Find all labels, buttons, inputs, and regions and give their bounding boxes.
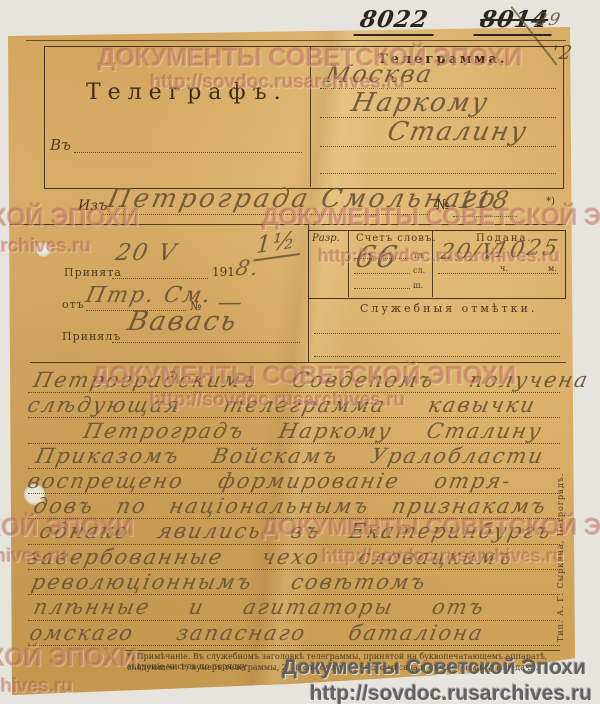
watermark-fragment: ТСКОЙ ЭПОХИ — [0, 204, 140, 233]
year-written: 8. — [233, 256, 262, 280]
watermark-fragment: archives.ru — [0, 546, 67, 568]
body-rule — [28, 417, 560, 418]
watermark-fragment: archives.ru — [0, 236, 91, 258]
handed-rule — [438, 273, 558, 274]
service-notes-rule — [314, 356, 560, 357]
watermark-bottom-url: http://sovdoc.rusarchives.ru — [310, 682, 592, 704]
service-notes-label: Служебныя отмѣтки. — [360, 302, 537, 315]
address-rule — [320, 173, 556, 174]
body-line: революціоннымъ совѣтомъ — [29, 570, 429, 594]
watermark-title: ДОКУМЕНТЫ СОВЕТСКОЙ ЭПОХИ — [98, 44, 522, 73]
scanned-telegram-document: 8022 8014 29 '2 Телеграфъ. Телеграмма. В… — [0, 0, 600, 704]
registry-number-new: 8022 — [353, 6, 438, 36]
to-field-rule — [74, 152, 302, 153]
watermark-url: http://sovdoc.rusarchives.ru — [150, 390, 406, 412]
pencil-page-fraction: 29 — [534, 10, 564, 30]
body-line: Приказомъ Войскамъ Уралобласти — [33, 444, 546, 468]
words-row3-unit: ш. — [413, 281, 423, 290]
body-line: омскаго запаснаго баталіона — [27, 621, 486, 645]
col-class-header: Разр. — [312, 233, 340, 244]
to-label: Въ — [50, 136, 71, 154]
watermark-url: http://sovdoc.rusarchives.ru — [318, 246, 560, 267]
watermark-title: ДОКУМЕНТЫ СОВЕТСКОЙ ЭПОХИ — [262, 514, 600, 542]
received-date: 20 V — [113, 240, 180, 266]
body-line: Петроградъ Наркому Сталину — [81, 419, 545, 443]
accepted-value: Вавась — [125, 306, 241, 337]
from-station-label: отъ — [62, 298, 85, 311]
service-notes-rule — [314, 333, 560, 334]
watermark-title: ДОКУМЕНТЫ СОВЕТСКОЙ ЭПОХИ — [262, 204, 600, 232]
received-rule — [112, 278, 208, 279]
watermark-fragment: archives.ru — [0, 676, 73, 698]
address-line3: Сталину — [385, 117, 531, 147]
body-line: воспрещено формированіе отря- — [25, 469, 514, 493]
watermark-url: http://sovdoc.rusarchives.ru — [322, 546, 564, 567]
watermark-bottom-title: Документы Советской Эпохи — [282, 656, 586, 680]
watermark-url: http://sovdoc.rusarchives.ru — [150, 72, 406, 94]
accepted-rule — [112, 342, 300, 343]
words-row-rule — [354, 288, 410, 289]
watermark-fragment: ТСКОЙ ЭПОХИ — [0, 644, 138, 673]
body-line: плѣнные и агитаторы отъ — [31, 595, 487, 619]
year-printed: 191 — [212, 265, 235, 279]
watermark-fragment: КОЙ ЭПОХИ — [0, 514, 135, 543]
footnote-rule — [124, 650, 560, 651]
watermark-title: ДОКУМЕНТЫ СОВЕТСКОЙ ЭПОХИ — [92, 362, 516, 391]
words-row2-unit: сл. — [413, 266, 425, 275]
top-rule — [26, 40, 566, 41]
